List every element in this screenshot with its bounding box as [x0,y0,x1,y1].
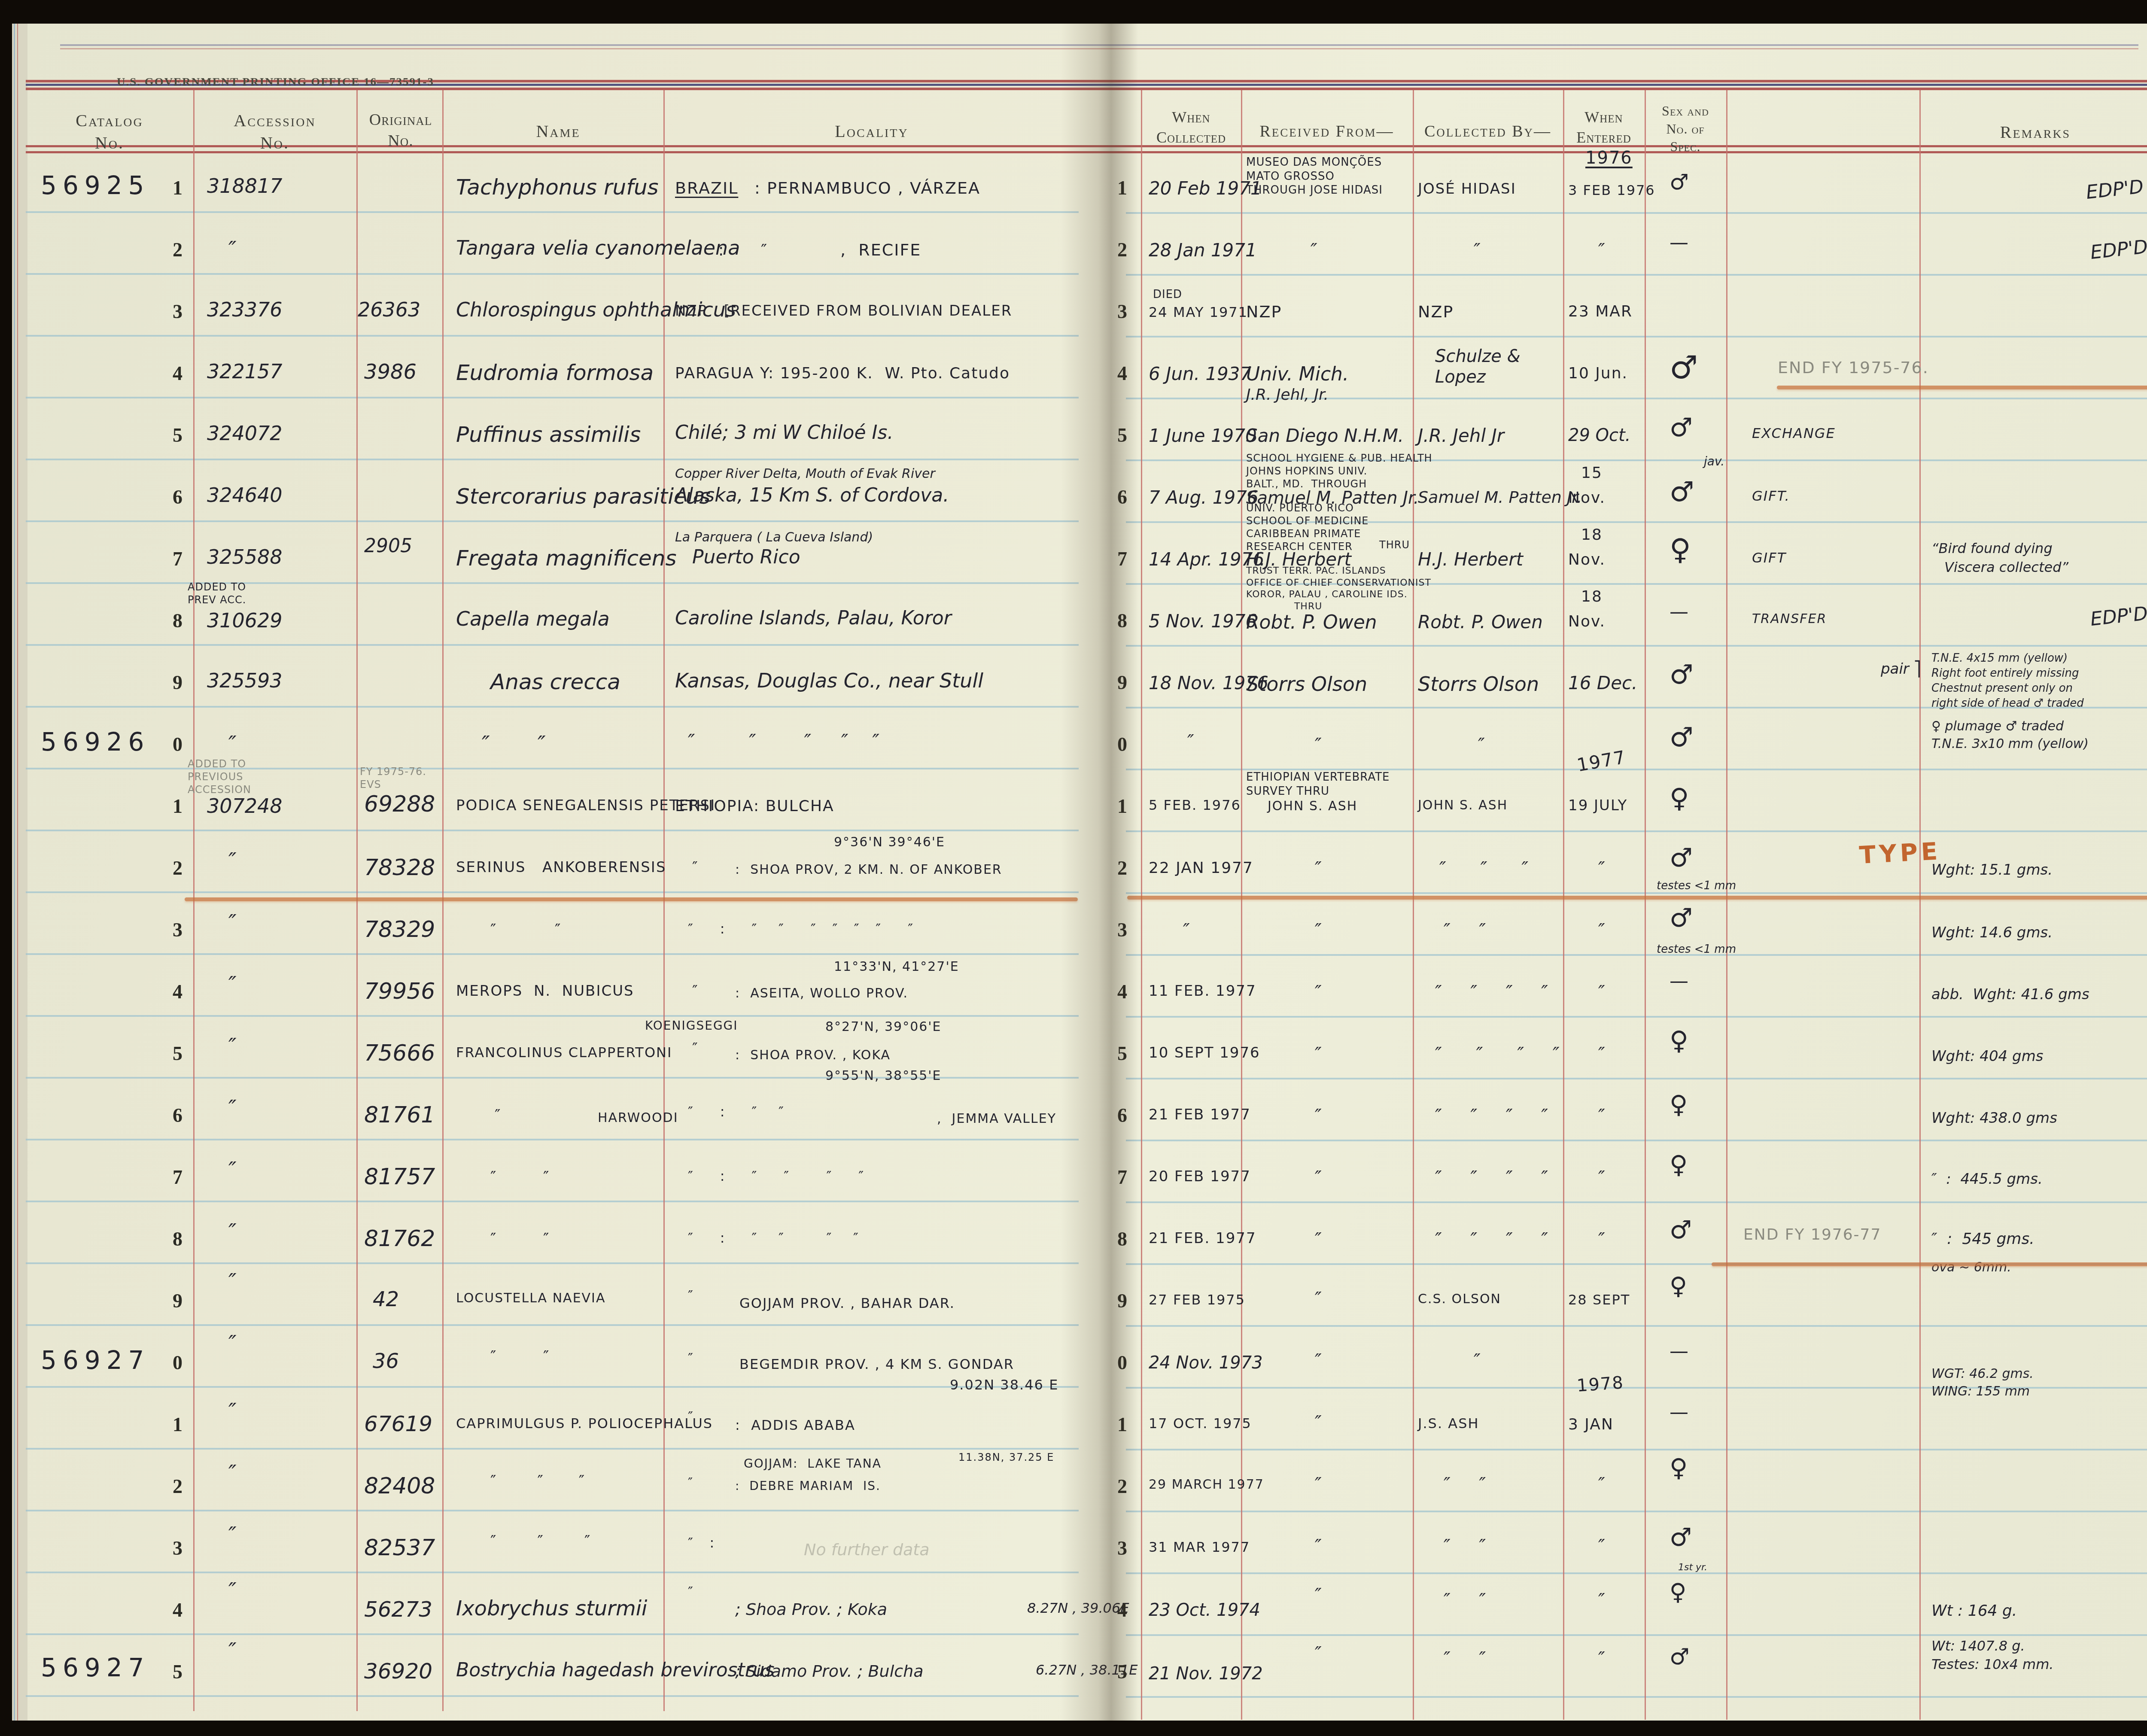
rule-line [1563,90,1564,1720]
cell-date-row4: 6 Jun. 1937 [1149,363,1251,385]
cell-name-row19: LOCUSTELLA NAEVIA [456,1291,605,1306]
cell-rem-row17: ″ : 445.5 gms. [1931,1170,2043,1189]
rule-line [1126,1634,2147,1636]
sex-male-symbol: ♂ [1670,1644,1690,1670]
rule-line [1241,90,1242,1720]
cell-rem-row24: Wt : 164 g. [1931,1601,2017,1622]
col-header-when-entered: When Entered [1564,107,1644,148]
sex-male-symbol: ♂ [1670,412,1693,443]
cell-loc-row14: 11°33'N, 41°27'E [834,959,959,975]
cell-acc-row18: ″ [228,1219,237,1244]
cell-ent-row12: ″ [1598,858,1605,879]
rule-line [1726,90,1727,1720]
rule-line [1126,830,2147,832]
cell-rd1-row5: 5 [173,423,182,447]
col-header-remarks: Remarks [1924,121,2147,143]
cell-rd1-row12: 2 [173,856,182,880]
cell-ent-row3: 23 MAR [1568,302,1633,321]
rule-line [26,1572,1079,1573]
cell-recv-row7: UNIV. PUERTO RICO SCHOOL OF MEDICINE CAR… [1246,502,1369,553]
cell-name-row25: Bostrychia hagedash brevirostrus [456,1659,775,1682]
cell-orig-row20: 36 [373,1349,399,1374]
sex-male-symbol: ♂ [1670,842,1693,873]
cell-recv-row9: Storrs Olson [1246,672,1367,696]
rule-line [26,397,1079,398]
sex-female-symbol: ♀ [1670,1025,1688,1056]
cell-sex-row13: testes <1 mm [1657,942,1736,957]
cell-loc-row21: : ADDIS ABABA [735,1417,855,1433]
cell-date-row23: 31 MAR 1977 [1149,1539,1250,1555]
cell-loc-row4: PARAGUA Y: 195-200 K. W. Pto. Catudo [675,364,1010,383]
cell-rd1-row8: 8 [173,609,182,632]
cell-name-row20: ″ ″ [490,1347,550,1366]
cell-rd1-row25: 5 [173,1660,182,1684]
cell-name-row14: MEROPS N. NUBICUS [456,982,634,1000]
rule-line [1126,954,2147,956]
rule-line [26,1262,1079,1264]
rule-line [1645,90,1646,1720]
cell-loc-row22: : DEBRE MARIAM IS. [735,1479,881,1493]
cell-date-row25: 21 Nov. 1972 [1149,1663,1263,1684]
cell-acc-row22: ″ [228,1460,237,1486]
cell-rd1-row9: 9 [173,671,182,694]
sex-female-symbol: ♀ [1670,782,1689,814]
rule-line [26,211,1079,213]
cell-rem-row18: ″ : 545 gms. [1931,1229,2034,1250]
cell-ent-row22: ″ [1598,1474,1605,1495]
cell-orig-row21: 67619 [364,1411,432,1437]
cell-note-row9: pair ⎤ [1881,660,1921,679]
cell-acc-row8: 310629 [207,609,283,632]
cell-note-row18: END FY 1976-77 [1743,1225,1881,1244]
rule-line [26,768,1079,769]
rule-line [1126,1078,2147,1079]
cell-ent-row8: 18 [1581,587,1603,606]
cell-recv-row24: ″ [1315,1584,1322,1606]
cell-orig-row4: 3986 [364,360,417,385]
cell-date-row16: 21 FEB 1977 [1149,1106,1251,1124]
cell-loc-row23: ″ : [688,1535,715,1551]
cell-ent-row23: ″ [1598,1535,1605,1557]
cell-loc-row8: Caroline Islands, Palau, Koror [675,607,952,630]
cell-acc-row5: 324072 [207,422,283,445]
cell-loc-row10: ″ ″ ″ ″ ″ [688,731,879,754]
cell-loc-row15: 8°27'N, 39°06'E [825,1019,942,1035]
cell-date-row24: 23 Oct. 1974 [1149,1600,1260,1620]
sex-male-symbol: ♂ [1670,1523,1692,1553]
cell-sex-row12: testes <1 mm [1657,879,1736,894]
cell-sex-row20: — [1670,1341,1688,1363]
cell-note-row7: GIFT [1752,550,1786,566]
cell-loc-row15: : SHOA PROV. , KOKA [735,1048,891,1063]
rule-line [26,1201,1079,1202]
cell-rem-row7: Viscera collected” [1944,558,2068,577]
rule-line [26,1510,1079,1511]
cell-rem-row9: T.N.E. 4x15 mm (yellow) Right foot entir… [1931,651,2084,711]
sex-female-symbol: ♀ [1670,532,1691,568]
cell-recv-row10: ″ [1315,734,1322,756]
cell-date-row21: 17 OCT. 1975 [1149,1415,1252,1432]
cell-acc-row25: ″ [228,1638,237,1663]
cell-orig-row3: 26363 [358,298,420,322]
year-mark-1978: 1978 [1576,1372,1624,1396]
cell-coll-row18: ″ ″ ″ ″ [1435,1229,1548,1250]
rule-line [26,335,1079,337]
cell-acc-row4: 322157 [207,360,283,383]
cell-ent-row5: 29 Oct. [1568,425,1631,446]
cell-recv-row8: TRUST TERR. PAC. ISLANDS OFFICE OF CHIEF… [1246,565,1431,612]
cell-name-row1: Tachyphonus rufus [456,174,659,200]
cell-acc-row11: 307248 [207,794,283,818]
cell-ent-row11: 19 JULY [1568,797,1627,815]
cell-ent-row13: ″ [1598,920,1605,941]
rule-line [1126,1140,2147,1141]
cell-loc-row17: ″ : ″ ″ ″ ″ [688,1168,864,1184]
cell-recv-row6: SCHOOL HYGIENE & PUB. HEALTH JOHNS HOPKI… [1246,452,1432,490]
cell-loc-row23: No further data [804,1539,930,1561]
col-header-collected-by: Collected By— [1415,121,1561,142]
cell-rem-row15: Wght: 404 gms [1931,1047,2043,1067]
rule-line [1126,336,2147,337]
cell-name-row15: FRANCOLINUS CLAPPERTONI [456,1044,672,1061]
cell-loc-row2: ″ : ″ , RECIFE [675,240,921,260]
cell-name-row10: ″ ″ [482,731,546,757]
cell-date-row3: DIED [1153,288,1182,302]
cell-name-row16: HARWOODI [598,1110,678,1126]
cell-loc-row19: ″ [688,1287,694,1304]
cell-name-row24: Ixobrychus sturmii [456,1596,647,1621]
year-mark-1976: 1976 [1585,148,1633,168]
cell-date-row1: 20 Feb 1971 [1149,178,1262,199]
cell-rd1-row10: 0 [173,733,182,756]
cell-orig-row11: 69288 [364,791,435,818]
cell-loc-row22: 11.38N, 37.25 E [958,1451,1054,1464]
cell-rd1-row15: 5 [173,1042,182,1065]
cell-rd1-row18: 8 [173,1227,182,1251]
cell-coll-row20: ″ [1474,1350,1481,1371]
cell-recv-row14: ″ [1315,982,1322,1003]
rule-line [1919,90,1921,1720]
cell-loc-row24: ; Shoa Prov. ; Koka [735,1600,887,1620]
cell-recv-row4: Univ. Mich. [1246,363,1349,386]
col-header-when-collected: When Collected [1142,107,1240,148]
cell-loc-row3: NZP [RECEIVED FROM BOLIVIAN DEALER [675,302,1012,320]
sex-female-symbol: ♀ [1670,1150,1688,1180]
cell-ent-row25: ″ [1598,1648,1605,1669]
cell-coll-row7: H.J. Herbert [1418,549,1523,570]
cell-name-row12: SERINUS ANKOBERENSIS [456,859,666,876]
rule-line [1126,645,2147,647]
cell-coll-row3: NZP [1418,302,1454,322]
cell-ent-row18: ″ [1598,1229,1605,1250]
rule-line [26,459,1079,460]
cell-acc-row24: ″ [228,1578,237,1603]
cell-rem-row10: ♀ plumage ♂ traded T.N.E. 3x10 mm (yello… [1931,718,2089,753]
cell-orig-row16: 81761 [364,1102,435,1128]
cell-date-row18: 21 FEB. 1977 [1149,1230,1256,1247]
cell-coll-row16: ″ ″ ″ ″ [1435,1105,1548,1127]
cell-rd1-row2: 2 [173,238,182,261]
cell-ent-row19: 28 SEPT [1568,1292,1630,1308]
cell-loc-row20: BEGEMDIR PROV. , 4 KM S. GONDAR [739,1356,1014,1372]
rule-line [1413,90,1414,1720]
cell-ent-row15: ″ [1598,1043,1605,1065]
cell-rem-row19: ova ~ 6mm. [1931,1259,2011,1277]
sex-male-symbol: ♂ [1670,1215,1692,1245]
cell-rem-row13: Wght: 14.6 gms. [1931,923,2053,943]
cell-name-row17: ″ ″ [490,1168,550,1186]
sex-male-symbol: ♂ [1670,721,1694,753]
cell-loc-row25: ; Sidamo Prov. ; Bulcha [735,1662,924,1681]
rule-line [1126,1325,2147,1327]
sex-female-symbol: ♀ [1670,1090,1688,1120]
cell-rd1-row23: 3 [173,1536,182,1560]
cell-ent-row14: ″ [1598,982,1605,1003]
cell-acc-row1: 318817 [207,174,283,198]
cell-name-row8: Capella megala [456,607,610,631]
cell-name-row22: ″ ″ ″ [490,1472,585,1490]
orange-crayon-line [1777,386,2147,389]
cell-recv-row20: ″ [1315,1350,1322,1371]
cell-recv-row1: MUSEO DAS MONÇÕES MATO GROSSO THROUGH JO… [1246,155,1383,198]
cell-recv-row11: ETHIOPIAN VERTEBRATE SURVEY THRU [1246,770,1390,798]
cell-rd1-row20: 0 [173,1351,182,1374]
cell-coll-row9: Storrs Olson [1418,672,1539,696]
cell-sex-row21: — [1670,1402,1688,1424]
cell-loc-row1: BRAZIL [675,179,738,198]
cell-loc-row20: 9.02N 38.46 E [950,1377,1058,1393]
cell-coll-row11: JOHN S. ASH [1418,798,1508,813]
cell-rd1-row1: 1 [173,176,182,200]
cell-name-row13: ″ ″ [490,921,561,939]
cell-ent-row9: 16 Dec. [1568,672,1637,694]
cell-date-row2: 28 Jan 1971 [1149,240,1257,261]
cell-recv-row12: ″ [1315,858,1322,879]
cell-loc-row7: La Parquera ( La Cueva Island) [675,529,873,547]
cell-date-row13: ″ [1183,920,1190,941]
cell-coll-row2: ″ [1474,240,1481,261]
cell-acc-row3: 323376 [207,298,283,322]
rule-line [26,1695,1079,1697]
cell-date-row6: 7 Aug. 1976 [1149,487,1259,508]
cell-coll-row14: ″ ″ ″ ″ [1435,982,1548,1003]
cell-rd1-row6: 6 [173,485,182,509]
cell-date-row5: 1 June 1970 [1149,425,1257,447]
cell-acc-row15: ″ [228,1033,237,1059]
cell-loc-row6: Alaska, 15 Km S. of Cordova. [675,484,949,507]
cell-acc-row11: ADDED TO PREVIOUS ACCESSION [188,757,251,796]
cell-note-row5: EXCHANGE [1752,425,1836,441]
cell-rem-row16: Wght: 438.0 gms [1931,1109,2057,1128]
rule-line [26,1324,1079,1326]
cell-orig-row7: 2905 [364,535,412,558]
cell-loc-row7: Puerto Rico [692,546,800,569]
cell-coll-row13: ″ ″ [1444,920,1486,941]
cell-recv-row18: ″ [1315,1229,1322,1250]
cell-name-row7: Fregata magnificens [456,545,677,571]
rule-line [1126,892,2147,894]
cell-acc-row6: 324640 [207,483,283,507]
cell-coll-row4: Schulze & Lopez [1435,346,1521,387]
cell-recv-row8: Robt. P. Owen [1246,611,1377,634]
cell-sex-row23: 1st yr. [1678,1561,1707,1574]
rule-line [1126,1511,2147,1512]
rule-line [26,891,1079,893]
cell-loc-row24: ″ [688,1584,694,1600]
cell-recv-row4: J.R. Jehl, Jr. [1246,386,1329,404]
printer-imprint: U.S. GOVERNMENT PRINTING OFFICE 16—73591… [117,76,434,88]
cell-loc-row22: ″ [688,1475,693,1491]
cell-loc-row16: ″ : ″ ″ [688,1104,785,1120]
cell-orig-row14: 79956 [364,978,435,1005]
cell-coll-row24: ″ ″ [1444,1590,1486,1611]
cell-loc-row9: Kansas, Douglas Co., near Stull [675,669,983,693]
rule-line [1126,1449,2147,1450]
cell-rem-row7: “Bird found dying [1931,539,2053,558]
cell-ent-row7: 18 [1581,526,1603,544]
cell-rd1-row24: 4 [173,1598,182,1622]
cell-coll-row25: ″ ″ [1444,1648,1486,1669]
cell-name-row23: ″ ″ ″ [490,1532,591,1551]
sex-male-symbol: ♂ [1670,903,1693,933]
cell-loc-row1: : PERNAMBUCO , VÁRZEA [754,179,980,198]
rule-line [26,644,1079,646]
cell-acc-row17: ″ [228,1157,237,1183]
cell-note-row6: GIFT. [1752,488,1790,504]
sex-female-symbol: ♀ [1670,1453,1688,1483]
rule-line [26,273,1079,275]
cell-recv-row11: JOHN S. ASH [1268,799,1357,814]
cell-orig-row19: 42 [373,1287,399,1312]
cell-sex-row2: — [1670,232,1688,255]
cell-orig-row22: 82408 [364,1473,435,1499]
rule-line [26,582,1079,584]
book-gutter-shadow [1061,24,1151,1721]
cell-ent-row2: ″ [1598,240,1605,261]
cell-loc-row12: ″ [692,859,699,876]
cell-orig-row17: 81757 [364,1164,435,1190]
rule-line [26,1139,1079,1140]
cell-sex-row14: — [1670,970,1688,993]
rule-line [26,830,1079,831]
cell-loc-row12: 9°36'N 39°46'E [834,835,945,850]
cell-loc-row18: ″ : ″ ″ ″ ″ [688,1230,859,1246]
cell-loc-row13: ″ : ″ ″ ″ ″ ″ ″ ″ [688,921,914,937]
cell-loc-row16: 9°55'N, 38°55'E [825,1068,942,1084]
cell-ent-row7: Nov. [1568,550,1606,569]
left-page-edge-stack [12,24,27,1721]
cell-recv-row19: ″ [1315,1288,1322,1310]
cell-loc-row15: ″ [692,1040,699,1058]
cell-name-row9: Anas crecca [490,669,620,695]
rule-line [26,706,1079,708]
cell-acc-row8: ADDED TO PREV ACC. [188,581,246,606]
cell-loc-row16: , JEMMA VALLEY [937,1111,1056,1127]
rule-line [1126,274,2147,276]
cell-date-row14: 11 FEB. 1977 [1149,982,1256,1000]
orange-crayon-line [1712,1262,2147,1266]
cell-recv-row2: ″ [1311,240,1317,261]
cell-loc-row5: Chilé; 3 mi W Chiloé Is. [675,422,893,444]
cell-date-row11: 5 FEB. 1976 [1149,797,1241,813]
sex-male-symbol: ♂ [1670,476,1694,509]
cell-loc-row11: ETHIOPIA: BULCHA [675,797,834,815]
cell-recv-row23: ″ [1315,1535,1322,1557]
cell-date-row3: 24 MAY 1971 [1149,304,1248,320]
cell-acc-row7: 325588 [207,545,283,569]
cell-loc-row6: Copper River Delta, Mouth of Evak River [675,465,935,483]
cell-loc-row19: GOJJAM PROV. , BAHAR DAR. [739,1295,955,1311]
catalog-number: 56925 [41,171,150,201]
cell-rem-row20: WGT: 46.2 gms. WING: 155 mm [1931,1365,2034,1400]
cell-sex-row6: jav. [1704,453,1724,470]
cell-coll-row6: Samuel M. Patten Jr. [1418,488,1582,508]
cell-rd1-row16: 6 [173,1104,182,1127]
cell-name-row15: KOENIGSEGGI [645,1018,738,1033]
sex-female-symbol: ♀ [1670,1578,1687,1606]
orange-crayon-line [1127,896,2147,900]
cell-acc-row13: ″ [228,909,237,935]
cell-name-row18: ″ ″ [490,1230,550,1248]
cell-rd1-row11: 1 [173,794,182,818]
cell-name-row4: Eudromia formosa [456,360,654,386]
cell-loc-row14: ″ [692,982,699,1000]
cell-date-row17: 20 FEB 1977 [1149,1168,1251,1186]
cell-orig-row15: 75666 [364,1040,435,1067]
rule-line [1126,1201,2147,1203]
cell-ent-row21: 3 JAN [1568,1415,1614,1434]
cell-ent-row8: Nov. [1568,612,1606,631]
col-header-accession: Accession No. [202,109,348,154]
col-header-received-from: Received From— [1243,121,1411,142]
cell-acc-row20: ″ [228,1330,237,1356]
cell-recv-row5: San Diego N.H.M. [1246,425,1404,447]
rule-line [1126,1016,2147,1018]
cell-orig-row24: 56273 [364,1596,432,1622]
rule-line [26,1448,1079,1450]
cell-date-row19: 27 FEB 1975 [1149,1292,1245,1308]
cell-coll-row8: Robt. P. Owen [1418,611,1543,633]
cell-recv-row7: THRU [1379,538,1410,551]
sex-male-symbol: ♂ [1670,659,1694,690]
rule-line [26,520,1079,522]
cell-loc-row12: : SHOA PROV, 2 KM. N. OF ANKOBER [735,862,1002,878]
cell-rd1-row14: 4 [173,980,182,1003]
cell-orig-row18: 81762 [364,1225,435,1252]
cell-sex-row8: — [1670,601,1688,624]
cell-recv-row13: ″ [1315,920,1322,941]
cell-coll-row10: ″ [1478,734,1485,756]
cell-date-row12: 22 JAN 1977 [1149,859,1253,877]
cell-coll-row19: C.S. OLSON [1418,1292,1501,1307]
cell-name-row16: ″ [495,1106,501,1125]
cell-recv-row25: ″ [1315,1643,1322,1664]
col-header-name: Name [455,120,661,143]
rule-line [26,953,1079,955]
cell-loc-row20: ″ [688,1350,694,1366]
cell-coll-row21: J.S. ASH [1418,1415,1479,1432]
rule-line [26,1015,1079,1017]
cell-ent-row16: ″ [1598,1105,1605,1127]
cell-rd1-row3: 3 [173,300,182,323]
cell-coll-row17: ″ ″ ″ ″ [1435,1167,1548,1189]
cell-orig-row12: 78328 [364,854,435,881]
rule-line [1126,1572,2147,1574]
cell-acc-row12: ″ [228,848,237,873]
cell-recv-row17: ″ [1315,1167,1322,1189]
cell-loc-row14: : ASEITA, WOLLO PROV. [735,986,908,1001]
rule-line [26,1633,1079,1635]
